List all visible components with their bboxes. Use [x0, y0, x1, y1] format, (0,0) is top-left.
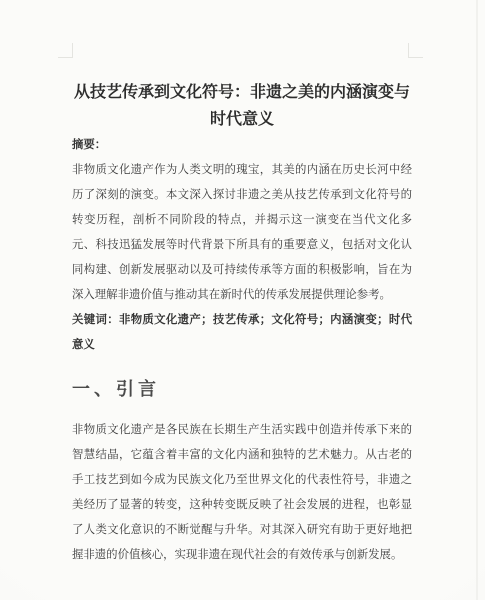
screenshot-root: { "document": { "title": "从技艺传承到文化符号：非遗之… — [0, 0, 485, 600]
document-title: 从技艺传承到文化符号：非遗之美的内涵演变与时代意义 — [72, 79, 412, 133]
keywords-line: 关键词：非物质文化遗产；技艺传承；文化符号；内涵演变；时代意义 — [72, 308, 412, 358]
page-margin-crop-mark-top-right — [408, 43, 423, 58]
section-body-introduction: 非物质文化遗产是各民族在长期生产生活实践中创造并传承下来的智慧结晶，它蕴含着丰富… — [72, 418, 412, 568]
page-margin-crop-mark-top-left — [58, 43, 73, 58]
keywords-label: 关键词： — [72, 314, 119, 326]
abstract-label: 摘要： — [72, 133, 412, 158]
section-heading-introduction: 一、引言 — [72, 374, 412, 404]
keywords-text: 非物质文化遗产；技艺传承；文化符号；内涵演变；时代意义 — [72, 314, 412, 351]
abstract-text: 非物质文化遗产作为人类文明的瑰宝，其美的内涵在历史长河中经历了深刻的演变。本文深… — [72, 158, 412, 308]
document-page: 从技艺传承到文化符号：非遗之美的内涵演变与时代意义 摘要： 非物质文化遗产作为人… — [0, 0, 485, 600]
document-body-column: 摘要： 非物质文化遗产作为人类文明的瑰宝，其美的内涵在历史长河中经历了深刻的演变… — [72, 133, 412, 568]
page-right-edge-line — [476, 0, 478, 600]
